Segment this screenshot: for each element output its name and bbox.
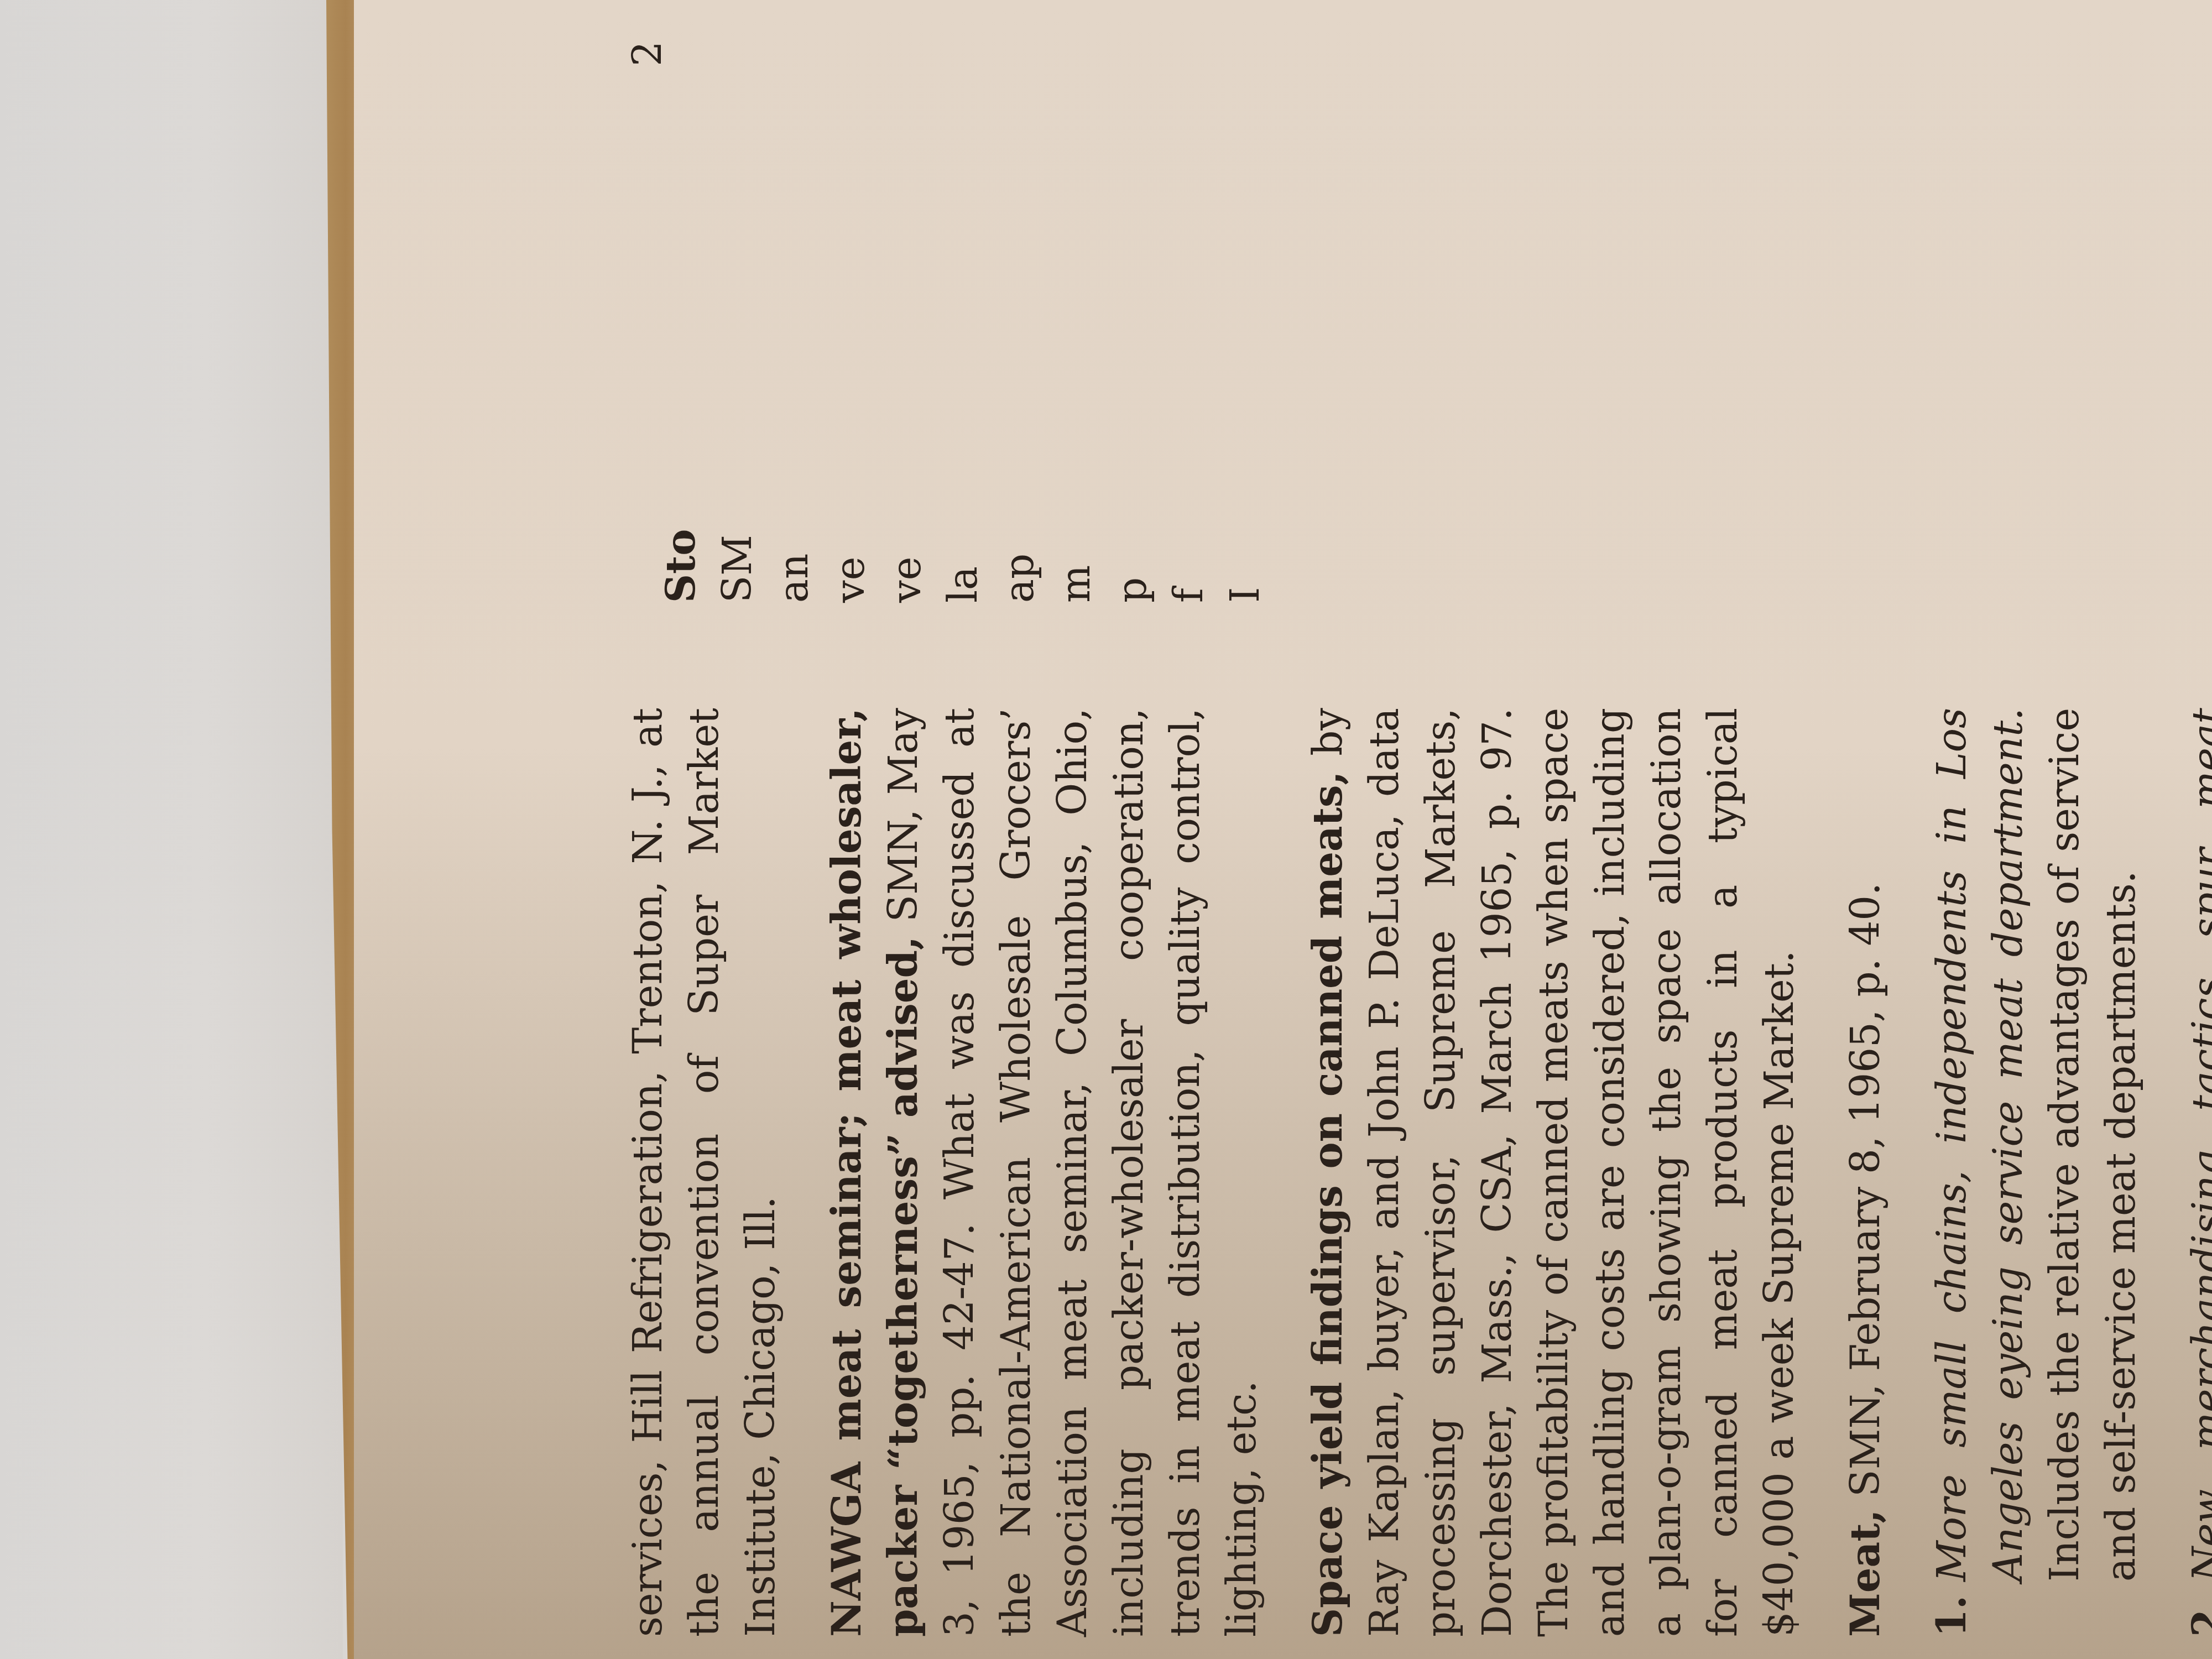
partial-line: la (935, 0, 991, 603)
section-heading-bold: Meat, (1841, 1510, 1888, 1637)
list-item: 1.More small chains, independents in Los… (1923, 708, 2149, 1637)
partial-line: ve (878, 0, 935, 603)
section-heading-rest: SMN, February 8, 1965, p. 40. (1842, 883, 1888, 1509)
list-item: 2.New merchandising tactics spur meat sa… (2179, 708, 2212, 1637)
entry-title: Space yield findings on canned meats, (1304, 771, 1351, 1637)
list-number: 1. (1923, 1595, 1980, 1637)
partial-line: an (765, 0, 822, 603)
right-column-partial: Sto SM an ve ve la ap m p f I (653, 0, 1273, 603)
partial-line: Sto (653, 0, 709, 603)
table-surface (0, 0, 343, 1659)
partial-line: ap (991, 0, 1047, 603)
entry-space-yield: Space yield findings on canned meats, by… (1300, 708, 1807, 1637)
partial-line: m (1047, 0, 1104, 603)
list-item-title: New merchandising tactics spur meat sale… (2184, 708, 2212, 1582)
entry-body: by Ray Kaplan, buyer, and John P. DeLuca… (1305, 708, 1802, 1637)
rotated-page-content: services, Hill Refrigeration, Trenton, N… (619, 0, 2168, 1637)
partial-line: ve (822, 0, 878, 603)
entry-body: SMN, May 3, 1965, pp. 42-47. What was di… (880, 708, 1265, 1637)
list-number: 2. (2179, 1595, 2212, 1637)
numbered-list: 1.More small chains, independents in Los… (1923, 708, 2212, 1637)
partial-line: f (1160, 0, 1217, 603)
partial-line: SM (709, 0, 765, 603)
list-item-text: Includes the relative advantages of serv… (2041, 708, 2144, 1582)
section-heading: Meat, SMN, February 8, 1965, p. 40. (1837, 708, 1893, 1637)
partial-line: p (1104, 0, 1160, 603)
continuation-paragraph: services, Hill Refrigeration, Trenton, N… (619, 708, 789, 1637)
entry-nawga: NAWGA meat seminar; meat wholesaler, pac… (818, 708, 1270, 1637)
left-column: services, Hill Refrigeration, Trenton, N… (619, 708, 2212, 1637)
list-item-title: More small chains, independents in Los A… (1928, 708, 2031, 1582)
partial-line: I (1217, 0, 1273, 603)
